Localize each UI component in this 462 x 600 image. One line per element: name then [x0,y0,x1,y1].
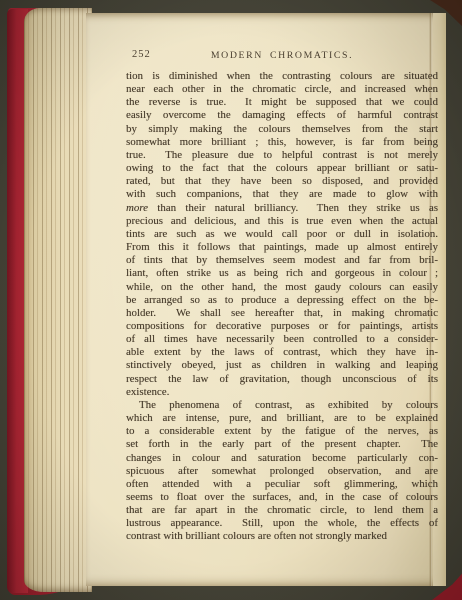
text-line: set forth in the early part of the prese… [126,438,438,451]
text-line: precious and delicious, and this is true… [126,215,438,228]
text-line: of tints that by themselves seem modest … [126,254,438,267]
text-line: tints are such as we would call poor or … [126,228,438,241]
text-line: often attended with a peculiar soft glim… [126,478,438,491]
text-line: able extent by the laws of contrast, whi… [126,346,438,359]
text-line: liant, often strike us as being rich and… [126,267,438,280]
text-line: near each other in the chromatic circle,… [126,83,438,96]
text-line: more than their natural brilliancy. Then… [126,202,438,215]
text-line: rated, but that they have been so dispos… [126,175,438,188]
text-line: contrast with brilliant colours are ofte… [126,530,438,543]
text-line: by simply making the colours themselves … [126,123,438,136]
text-line: the reverse is true. It might be suppose… [126,96,438,109]
text-line: tion is diminished when the contrasting … [126,70,438,83]
text-line: that are far apart in the chromatic circ… [126,504,438,517]
page-edges-left [24,8,92,592]
text-line: true. The pleasure due to helpful contra… [126,149,438,162]
text-line: with such companions, that they are made… [126,188,438,201]
text-line: be arranged so as to produce a depressin… [126,294,438,307]
text-line: existence. [126,386,438,399]
text-line: which are intense, pure, and brilliant, … [126,412,438,425]
text-line: seems to float over the surfaces, and, i… [126,491,438,504]
text-line: changes in colour and saturation become … [126,452,438,465]
text-line: From this it follows that paintings, mad… [126,241,438,254]
text-line: while, on the other hand, the most gaudy… [126,281,438,294]
text-line: holder. We shall see hereafter that, in … [126,307,438,320]
text-line: to a considerable extent by the fatigue … [126,425,438,438]
text-line: spicuous after somewhat prolonged observ… [126,465,438,478]
text-line: The phenomena of contrast, as exhibited … [126,399,438,412]
book-page: 252 MODERN CHROMATICS. tion is diminishe… [86,13,446,586]
text-lines: tion is diminished when the contrasting … [126,70,438,544]
text-line: owing to the fact that the colours appea… [126,162,438,175]
text-line: lustrous appearance. Still, upon the who… [126,517,438,530]
book-photo: 252 MODERN CHROMATICS. tion is diminishe… [0,0,462,600]
text-line: stinctively obeyed, just as children in … [126,359,438,372]
text-line: easily overcome the damaging effects of … [126,109,438,122]
text-line: compositions for decorative purposes or … [126,320,438,333]
text-line: respect the law of gravitation, though u… [126,373,438,386]
text-line: somewhat more brilliant ; this, however,… [126,136,438,149]
running-head: MODERN CHROMATICS. [126,50,438,61]
text-line: of all times have necessarily been contr… [126,333,438,346]
